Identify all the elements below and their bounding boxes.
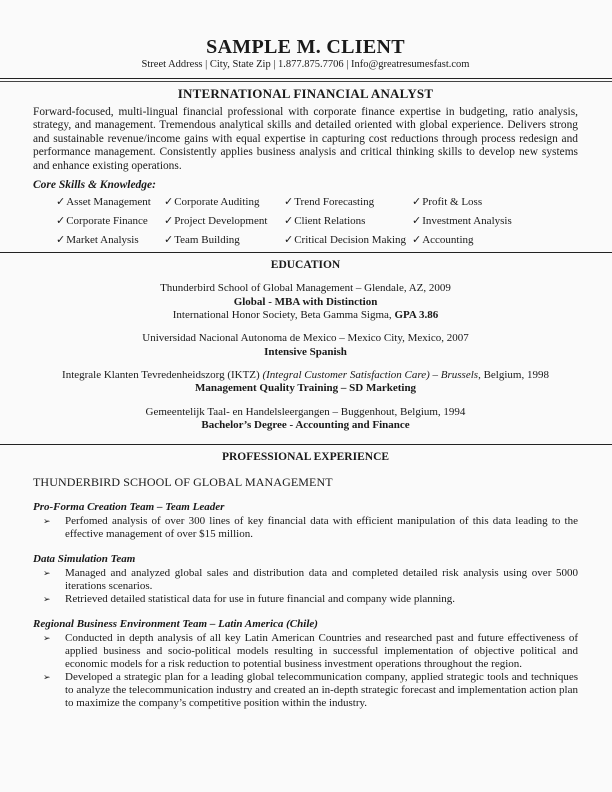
gpa-value: GPA 3.86 — [394, 309, 438, 321]
job-title: INTERNATIONAL FINANCIAL ANALYST — [33, 86, 578, 102]
role-bullets: Managed and analyzed global sales and di… — [33, 567, 578, 606]
core-skills-grid: Asset Management Corporate Auditing Tren… — [56, 194, 578, 248]
bullet-item: Conducted in depth analysis of all key L… — [65, 632, 578, 671]
experience-divider — [0, 444, 612, 445]
role-title: Regional Business Environment Team – Lat… — [33, 618, 578, 631]
skill-item: Market Analysis — [56, 232, 164, 248]
role-bullets: Perfomed analysis of over 300 lines of k… — [33, 515, 578, 541]
school-location: , Belgium, 1998 — [478, 369, 549, 381]
school-line: Integrale Klanten Tevredenheidszorg (IKT… — [33, 369, 578, 382]
skill-item: Corporate Auditing — [164, 194, 284, 210]
role-title: Data Simulation Team — [33, 553, 578, 566]
degree-line: Intensive Spanish — [33, 346, 578, 359]
education-entry: Thunderbird School of Global Management … — [33, 282, 578, 322]
school-translation: (Integral Customer Satisfaction Care) – … — [262, 369, 478, 381]
skill-item: Investment Analysis — [412, 213, 552, 229]
contact-line: Street Address | City, State Zip | 1.877… — [33, 58, 578, 72]
skill-item: Trend Forecasting — [284, 194, 412, 210]
skill-item: Asset Management — [56, 194, 164, 210]
role-bullets: Conducted in depth analysis of all key L… — [33, 632, 578, 710]
experience-heading: PROFESSIONAL EXPERIENCE — [33, 450, 578, 464]
professional-summary: Forward-focused, multi-lingual financial… — [33, 106, 578, 174]
core-skills-heading: Core Skills & Knowledge: — [33, 178, 578, 192]
organization-name: THUNDERBIRD SCHOOL OF GLOBAL MANAGEMENT — [33, 475, 578, 489]
header-divider — [0, 78, 612, 82]
skill-item: Accounting — [412, 232, 552, 248]
degree-line: Management Quality Training – SD Marketi… — [33, 382, 578, 395]
degree-line: Global - MBA with Distinction — [33, 296, 578, 309]
bullet-item: Retrieved detailed statistical data for … — [65, 593, 578, 606]
skill-item: Corporate Finance — [56, 213, 164, 229]
school-line: Gemeentelijk Taal- en Handelsleergangen … — [33, 406, 578, 419]
skill-item: Team Building — [164, 232, 284, 248]
bullet-item: Perfomed analysis of over 300 lines of k… — [65, 515, 578, 541]
school-line: Thunderbird School of Global Management … — [33, 282, 578, 295]
education-entry: Universidad Nacional Autonoma de Mexico … — [33, 332, 578, 359]
skill-item: Critical Decision Making — [284, 232, 412, 248]
education-entry: Integrale Klanten Tevredenheidszorg (IKT… — [33, 369, 578, 396]
bullet-item: Developed a strategic plan for a leading… — [65, 671, 578, 710]
role-title: Pro-Forma Creation Team – Team Leader — [33, 501, 578, 514]
school-name: Integrale Klanten Tevredenheidszorg (IKT… — [62, 369, 262, 381]
degree-line: Bachelor’s Degree - Accounting and Finan… — [33, 419, 578, 432]
education-entry: Gemeentelijk Taal- en Handelsleergangen … — [33, 406, 578, 433]
candidate-name: SAMPLE M. CLIENT — [33, 36, 578, 58]
skill-item: Client Relations — [284, 213, 412, 229]
skill-item: Profit & Loss — [412, 194, 552, 210]
education-divider — [0, 252, 612, 253]
honors-line: International Honor Society, Beta Gamma … — [33, 309, 578, 322]
resume-page: SAMPLE M. CLIENT Street Address | City, … — [33, 36, 578, 710]
bullet-item: Managed and analyzed global sales and di… — [65, 567, 578, 593]
honors-text: International Honor Society, Beta Gamma … — [173, 309, 395, 321]
school-line: Universidad Nacional Autonoma de Mexico … — [33, 332, 578, 345]
education-heading: EDUCATION — [33, 258, 578, 272]
skill-item: Project Development — [164, 213, 284, 229]
